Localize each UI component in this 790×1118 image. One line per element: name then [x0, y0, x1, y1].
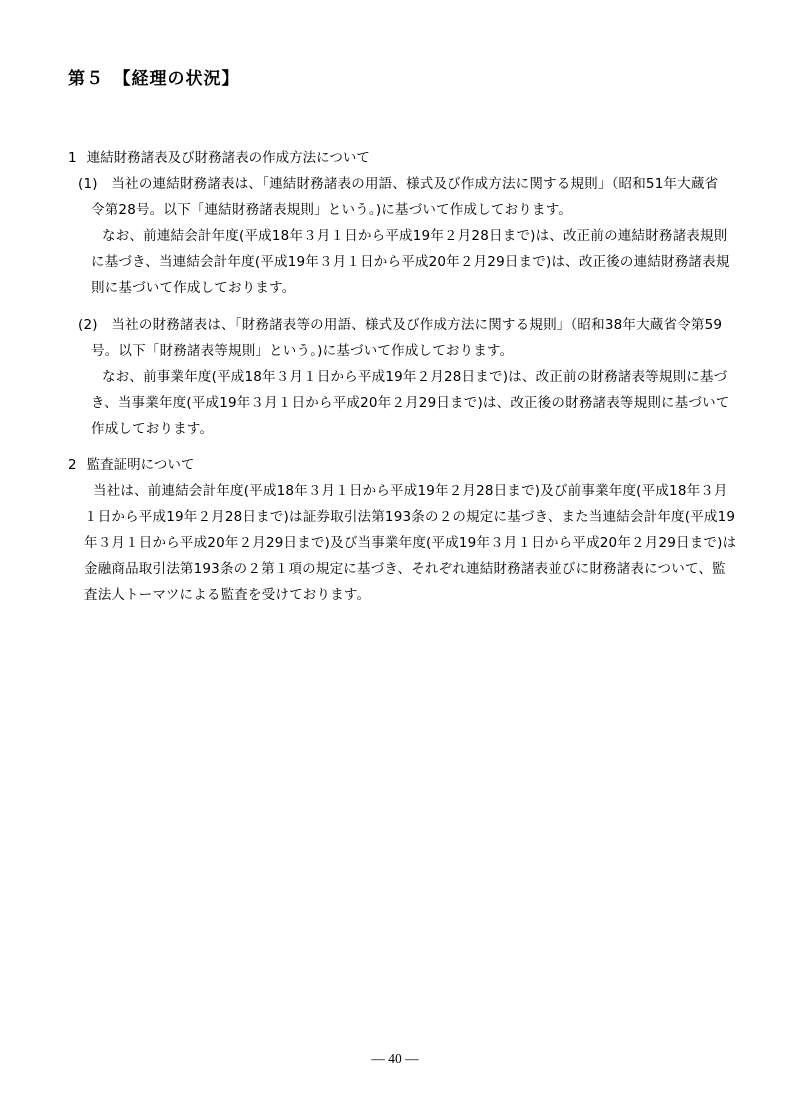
text-line: 当社は、前連結会計年度(平成18年３月１日から平成19年２月28日まで)及び前事… — [68, 478, 728, 504]
page-title: 第５ 【経理の状況】 — [68, 68, 728, 91]
text-line: 号。以下「財務諸表等規則」という。)に基づいて作成しております。 — [68, 338, 728, 364]
text-line: 作成しております。 — [68, 416, 728, 442]
document-page: 第５ 【経理の状況】 1連結財務諸表及び財務諸表の作成方法について (1) 当社… — [0, 0, 790, 1118]
section-number: 1 — [68, 145, 77, 171]
section-heading-text: 監査証明について — [87, 457, 195, 473]
section-financial-statements: 1連結財務諸表及び財務諸表の作成方法について (1) 当社の連結財務諸表は、「連… — [68, 145, 728, 442]
paragraph-item-2: (2) 当社の財務諸表は、「財務諸表等の用語、様式及び作成方法に関する規則」（昭… — [68, 312, 728, 442]
text-line: (2) 当社の財務諸表は、「財務諸表等の用語、様式及び作成方法に関する規則」（昭… — [68, 312, 728, 338]
text-line: 金融商品取引法第193条の２第１項の規定に基づき、それぞれ連結財務諸表並びに財務… — [68, 556, 728, 582]
text-line: なお、前連結会計年度(平成18年３月１日から平成19年２月28日まで)は、改正前… — [68, 223, 728, 249]
text-line: に基づき、当連結会計年度(平成19年３月１日から平成20年２月29日まで)は、改… — [68, 249, 728, 275]
text-line: 則に基づいて作成しております。 — [68, 275, 728, 301]
paragraph-item-1: (1) 当社の連結財務諸表は、「連結財務諸表の用語、様式及び作成方法に関する規則… — [68, 171, 728, 301]
text-line: き、当事業年度(平成19年３月１日から平成20年２月29日まで)は、改正後の財務… — [68, 390, 728, 416]
page-number: ― 40 ― — [371, 1051, 418, 1066]
section-number: 2 — [68, 452, 77, 478]
page-footer: ― 40 ― — [0, 1050, 790, 1068]
text-line: 令第28号。以下「連結財務諸表規則」という。)に基づいて作成しております。 — [68, 197, 728, 223]
section-audit-certification: 2監査証明について 当社は、前連結会計年度(平成18年３月１日から平成19年２月… — [68, 452, 728, 608]
text-line: (1) 当社の連結財務諸表は、「連結財務諸表の用語、様式及び作成方法に関する規則… — [68, 171, 728, 197]
text-line: 年３月１日から平成20年２月29日まで)及び当事業年度(平成19年３月１日から平… — [68, 530, 728, 556]
section-heading: 2監査証明について — [68, 452, 728, 478]
text-line: １日から平成19年２月28日まで)は証券取引法第193条の２の規定に基づき、また… — [68, 504, 728, 530]
section-heading-text: 連結財務諸表及び財務諸表の作成方法について — [87, 150, 370, 166]
section-heading: 1連結財務諸表及び財務諸表の作成方法について — [68, 145, 728, 171]
page-content: 第５ 【経理の状況】 1連結財務諸表及び財務諸表の作成方法について (1) 当社… — [68, 68, 728, 608]
text-line: なお、前事業年度(平成18年３月１日から平成19年２月28日まで)は、改正前の財… — [68, 364, 728, 390]
paragraph-audit: 当社は、前連結会計年度(平成18年３月１日から平成19年２月28日まで)及び前事… — [68, 478, 728, 608]
text-line: 査法人トーマツによる監査を受けております。 — [68, 582, 728, 608]
